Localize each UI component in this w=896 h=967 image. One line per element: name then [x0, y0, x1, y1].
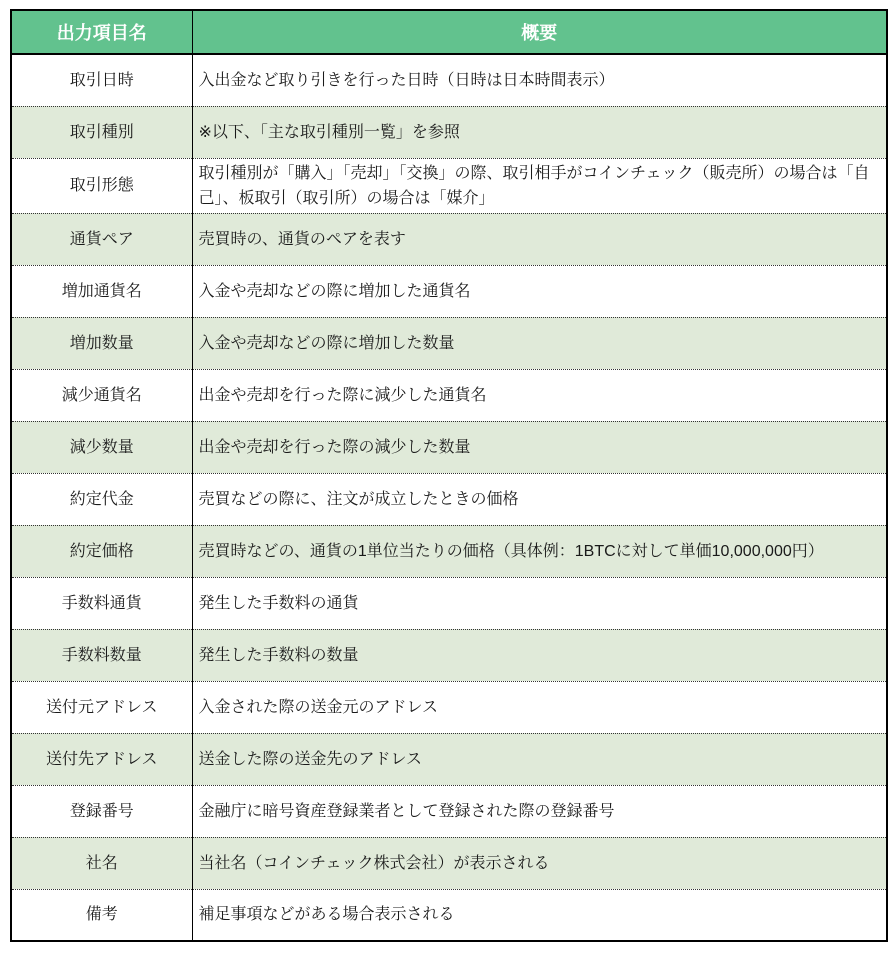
summary-cell: 発生した手数料の通貨: [192, 577, 887, 629]
item-name-cell: 取引日時: [11, 54, 192, 106]
table-row: 約定代金 売買などの際に、注文が成立したときの価格: [11, 473, 887, 525]
table-row: 登録番号 金融庁に暗号資産登録業者として登録された際の登録番号: [11, 785, 887, 837]
table-row: 減少通貨名 出金や売却を行った際に減少した通貨名: [11, 369, 887, 421]
item-name-cell: 減少通貨名: [11, 369, 192, 421]
header-summary: 概要: [192, 10, 887, 54]
item-name-cell: 減少数量: [11, 421, 192, 473]
table-body: 取引日時 入出金など取り引きを行った日時（日時は日本時間表示） 取引種別 ※以下…: [11, 54, 887, 941]
item-name-cell: 登録番号: [11, 785, 192, 837]
table-row: 社名 当社名（コインチェック株式会社）が表示される: [11, 837, 887, 889]
summary-cell: 取引種別が「購入」「売却」「交換」の際、取引相手がコインチェック（販売所）の場合…: [192, 158, 887, 213]
field-description-table: 出力項目名 概要 取引日時 入出金など取り引きを行った日時（日時は日本時間表示）…: [10, 9, 888, 942]
table-row: 送付元アドレス 入金された際の送金元のアドレス: [11, 681, 887, 733]
item-name-cell: 増加通貨名: [11, 265, 192, 317]
summary-cell: ※以下、「主な取引種別一覧」を参照: [192, 106, 887, 158]
header-row: 出力項目名 概要: [11, 10, 887, 54]
item-name-cell: 社名: [11, 837, 192, 889]
table-row: 取引種別 ※以下、「主な取引種別一覧」を参照: [11, 106, 887, 158]
table-row: 約定価格 売買時などの、通貨の1単位当たりの価格（具体例：1BTCに対して単価1…: [11, 525, 887, 577]
summary-cell: 入金された際の送金元のアドレス: [192, 681, 887, 733]
item-name-cell: 増加数量: [11, 317, 192, 369]
table-row: 増加通貨名 入金や売却などの際に増加した通貨名: [11, 265, 887, 317]
table-row: 送付先アドレス 送金した際の送金先のアドレス: [11, 733, 887, 785]
summary-cell: 入金や売却などの際に増加した数量: [192, 317, 887, 369]
summary-cell: 出金や売却を行った際に減少した通貨名: [192, 369, 887, 421]
summary-cell: 補足事項などがある場合表示される: [192, 889, 887, 941]
summary-cell: 出金や売却を行った際の減少した数量: [192, 421, 887, 473]
summary-cell: 入出金など取り引きを行った日時（日時は日本時間表示）: [192, 54, 887, 106]
summary-cell: 発生した手数料の数量: [192, 629, 887, 681]
item-name-cell: 取引形態: [11, 158, 192, 213]
item-name-cell: 通貨ペア: [11, 213, 192, 265]
summary-cell: 売買時の、通貨のペアを表す: [192, 213, 887, 265]
item-name-cell: 取引種別: [11, 106, 192, 158]
item-name-cell: 送付元アドレス: [11, 681, 192, 733]
item-name-cell: 約定価格: [11, 525, 192, 577]
table-row: 増加数量 入金や売却などの際に増加した数量: [11, 317, 887, 369]
summary-cell: 金融庁に暗号資産登録業者として登録された際の登録番号: [192, 785, 887, 837]
table-row: 手数料数量 発生した手数料の数量: [11, 629, 887, 681]
item-name-cell: 約定代金: [11, 473, 192, 525]
summary-cell: 送金した際の送金先のアドレス: [192, 733, 887, 785]
summary-cell: 入金や売却などの際に増加した通貨名: [192, 265, 887, 317]
table-row: 取引日時 入出金など取り引きを行った日時（日時は日本時間表示）: [11, 54, 887, 106]
table-row: 手数料通貨 発生した手数料の通貨: [11, 577, 887, 629]
summary-cell: 売買などの際に、注文が成立したときの価格: [192, 473, 887, 525]
table-row: 取引形態 取引種別が「購入」「売却」「交換」の際、取引相手がコインチェック（販売…: [11, 158, 887, 213]
table-row: 通貨ペア 売買時の、通貨のペアを表す: [11, 213, 887, 265]
item-name-cell: 手数料数量: [11, 629, 192, 681]
table-header: 出力項目名 概要: [11, 10, 887, 54]
item-name-cell: 備考: [11, 889, 192, 941]
header-item-name: 出力項目名: [11, 10, 192, 54]
document: 出力項目名 概要 取引日時 入出金など取り引きを行った日時（日時は日本時間表示）…: [0, 0, 896, 951]
table-row: 減少数量 出金や売却を行った際の減少した数量: [11, 421, 887, 473]
summary-cell: 売買時などの、通貨の1単位当たりの価格（具体例：1BTCに対して単価10,000…: [192, 525, 887, 577]
summary-cell: 当社名（コインチェック株式会社）が表示される: [192, 837, 887, 889]
item-name-cell: 送付先アドレス: [11, 733, 192, 785]
item-name-cell: 手数料通貨: [11, 577, 192, 629]
table-row: 備考 補足事項などがある場合表示される: [11, 889, 887, 941]
